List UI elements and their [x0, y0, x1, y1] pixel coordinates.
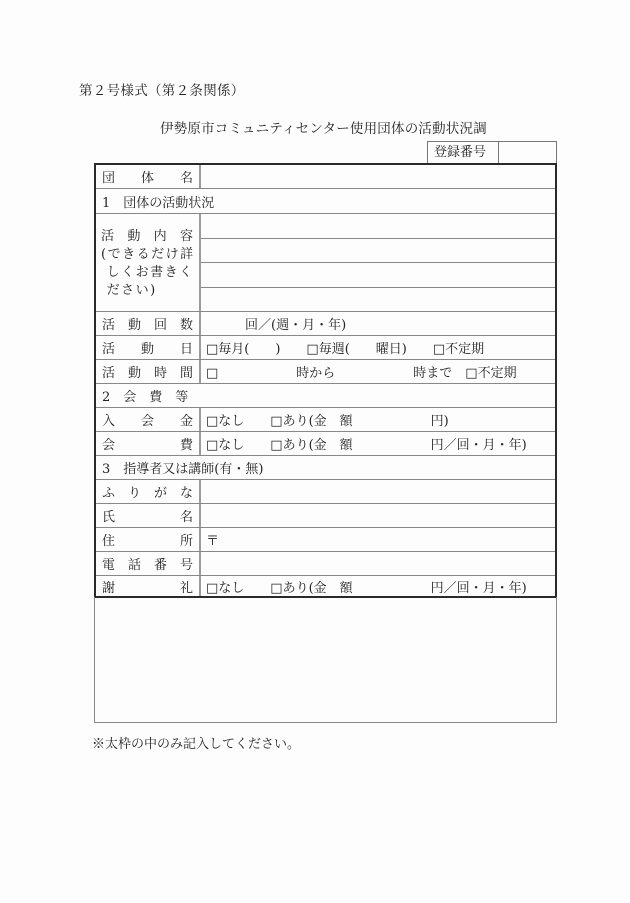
form-number: 第２号様式（第２条関係）	[79, 79, 245, 99]
activity-frequency-field[interactable]: 回／(週・月・年)	[201, 312, 555, 335]
row-address: 住所 〒	[96, 528, 555, 552]
registration-number-label: 登録番号	[428, 142, 499, 163]
footer-note: ※太枠の中のみ記入してください。	[92, 733, 300, 752]
page-title: 伊勢原市コミュニティセンター使用団体の活動状況調	[160, 117, 487, 137]
activity-content-field[interactable]	[201, 214, 555, 311]
address-label: 住所	[96, 528, 201, 551]
activity-content-line-4[interactable]	[201, 287, 555, 311]
activity-day-label: 活動日	[96, 336, 201, 359]
phone-label: 電話番号	[96, 552, 201, 575]
section-1-label: 1 団体の活動状況	[96, 189, 214, 213]
name-label: 氏名	[96, 504, 201, 527]
row-activity-frequency: 活動回数 回／(週・月・年)	[96, 312, 555, 336]
blank-notes-area	[94, 597, 557, 723]
activity-time-label: 活動時間	[96, 360, 201, 383]
activity-frequency-label: 活動回数	[96, 312, 201, 335]
activity-content-label: 活動内容 (できるだけ詳 しくお書きく ださい)	[96, 214, 201, 311]
row-honorarium: 謝礼 □なし □あり(金 額 円／回・月・年)	[96, 576, 555, 596]
furigana-field[interactable]	[201, 480, 555, 503]
section-2-label: 2 会 費 等	[96, 384, 188, 407]
activity-day-field[interactable]: □毎月( ) □毎週( 曜日) □不定期	[201, 336, 555, 359]
admission-fee-label: 入会金	[96, 408, 201, 431]
row-name: 氏名	[96, 504, 555, 528]
section-3-label: 3 指導者又は講師(有・無)	[96, 456, 263, 479]
registration-number-field[interactable]	[499, 142, 556, 163]
address-field[interactable]: 〒	[201, 528, 555, 551]
activity-content-line-1[interactable]	[201, 214, 555, 239]
phone-field[interactable]	[201, 552, 555, 575]
name-field[interactable]	[201, 504, 555, 527]
form-frame: 団体名 1 団体の活動状況 活動内容 (できるだけ詳 しくお書きく ださい) 活…	[94, 163, 557, 598]
activity-content-line-3[interactable]	[201, 262, 555, 288]
membership-fee-field[interactable]: □なし □あり(金 額 円／回・月・年)	[201, 432, 555, 455]
honorarium-label: 謝礼	[96, 576, 201, 596]
admission-fee-field[interactable]: □なし □あり(金 額 円)	[201, 408, 555, 431]
section-3-header: 3 指導者又は講師(有・無)	[96, 456, 555, 480]
row-phone: 電話番号	[96, 552, 555, 576]
activity-content-line-2[interactable]	[201, 238, 555, 263]
row-furigana: ふりがな	[96, 480, 555, 504]
furigana-label: ふりがな	[96, 480, 201, 503]
row-group-name: 団体名	[96, 165, 555, 189]
activity-time-field[interactable]: □ 時から 時まで □不定期	[201, 360, 555, 383]
group-name-field[interactable]	[201, 165, 555, 188]
row-activity-content: 活動内容 (できるだけ詳 しくお書きく ださい)	[96, 214, 555, 312]
row-activity-time: 活動時間 □ 時から 時まで □不定期	[96, 360, 555, 384]
row-membership-fee: 会費 □なし □あり(金 額 円／回・月・年)	[96, 432, 555, 456]
group-name-label: 団体名	[96, 165, 201, 188]
section-1-header: 1 団体の活動状況	[96, 189, 555, 214]
registration-number-box: 登録番号	[427, 141, 557, 163]
section-2-header: 2 会 費 等	[96, 384, 555, 408]
membership-fee-label: 会費	[96, 432, 201, 455]
honorarium-field[interactable]: □なし □あり(金 額 円／回・月・年)	[201, 576, 555, 596]
row-admission-fee: 入会金 □なし □あり(金 額 円)	[96, 408, 555, 432]
row-activity-day: 活動日 □毎月( ) □毎週( 曜日) □不定期	[96, 336, 555, 360]
